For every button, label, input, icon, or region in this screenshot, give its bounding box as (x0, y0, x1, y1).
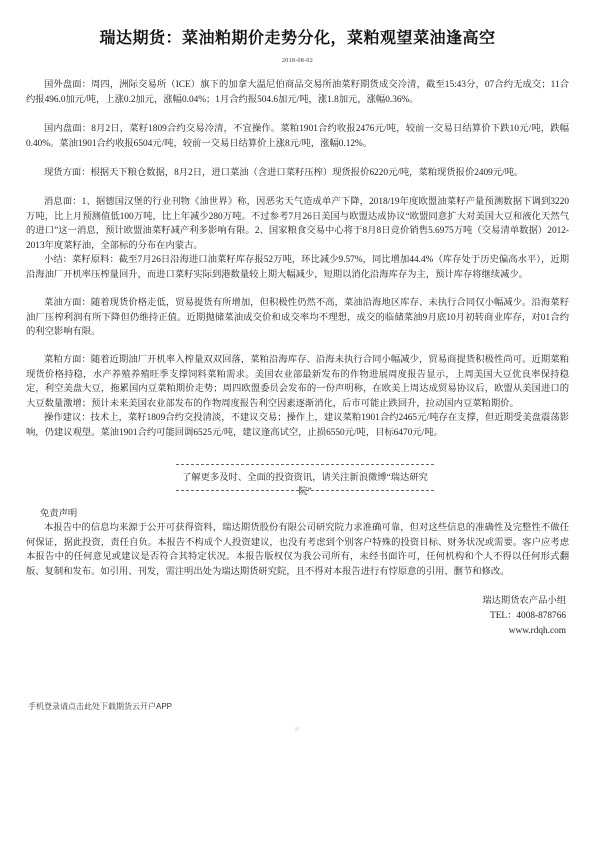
weibo-promo: 了解更多及时、全面的投资资讯，请关注新浪微博“瑞达研究院” (176, 471, 434, 499)
disclaimer-body: 本报告中的信息均来源于公开可获得资料，瑞达期货股份有限公司研究院力求准确可靠，但… (26, 521, 569, 579)
signature-website[interactable]: www.rdqh.com (509, 624, 566, 638)
paragraph-summary: 小结：菜籽原料：截至7月26日沿海进口油菜籽库存报52万吨，环比减少9.57%，… (26, 253, 569, 282)
download-app-link[interactable]: 手机登录请点击此处下载期货云开户APP (28, 701, 172, 712)
paragraph-news: 消息面：1、据德国汉堡的行业刊物《油世界》称，因恶劣天气造成单产下降，2018/… (26, 195, 569, 253)
page-artifact (295, 727, 299, 731)
paragraph-rapeseed-oil: 菜油方面：随着现货价格走低，贸易提货有所增加，但积极性仍然不高，菜油沿海地区库存… (26, 296, 569, 340)
document-page: 瑞达期货：菜油粕期价走势分化，菜粕观望菜油逢高空 2018-08-02 国外盘面… (0, 0, 595, 842)
paragraph-foreign-market: 国外盘面：周四，洲际交易所（ICE）旗下的加拿大温尼伯商品交易所油菜籽期货成交冷… (26, 78, 569, 107)
paragraph-domestic-market: 国内盘面：8月2日，菜籽1809合约交易冷清，不宜操作。菜粕1901合约收报24… (26, 122, 569, 151)
paragraph-trading-advice: 操作建议：技术上，菜籽1809合约交投清淡，不建议交易；操作上，建议菜粕1901… (26, 411, 569, 440)
paragraph-spot: 现货方面：根据天下粮仓数据，8月2日，进口菜油（含进口菜籽压榨）现货报价6220… (26, 166, 569, 181)
page-title: 瑞达期货：菜油粕期价走势分化，菜粕观望菜油逢高空 (0, 25, 595, 48)
signature-phone: TEL：4008-878766 (490, 609, 566, 623)
divider-bottom (176, 490, 434, 491)
paragraph-rapeseed-meal: 菜粕方面：随着近期油厂开机率入榨量双双回落，菜粕沿海库存、沿海未执行合同小幅减少… (26, 353, 569, 411)
divider-top (176, 464, 434, 465)
publish-date: 2018-08-02 (0, 58, 595, 64)
signature-team: 瑞达期货农产品小组 (482, 594, 566, 608)
disclaimer-title: 免责声明 (40, 507, 77, 521)
